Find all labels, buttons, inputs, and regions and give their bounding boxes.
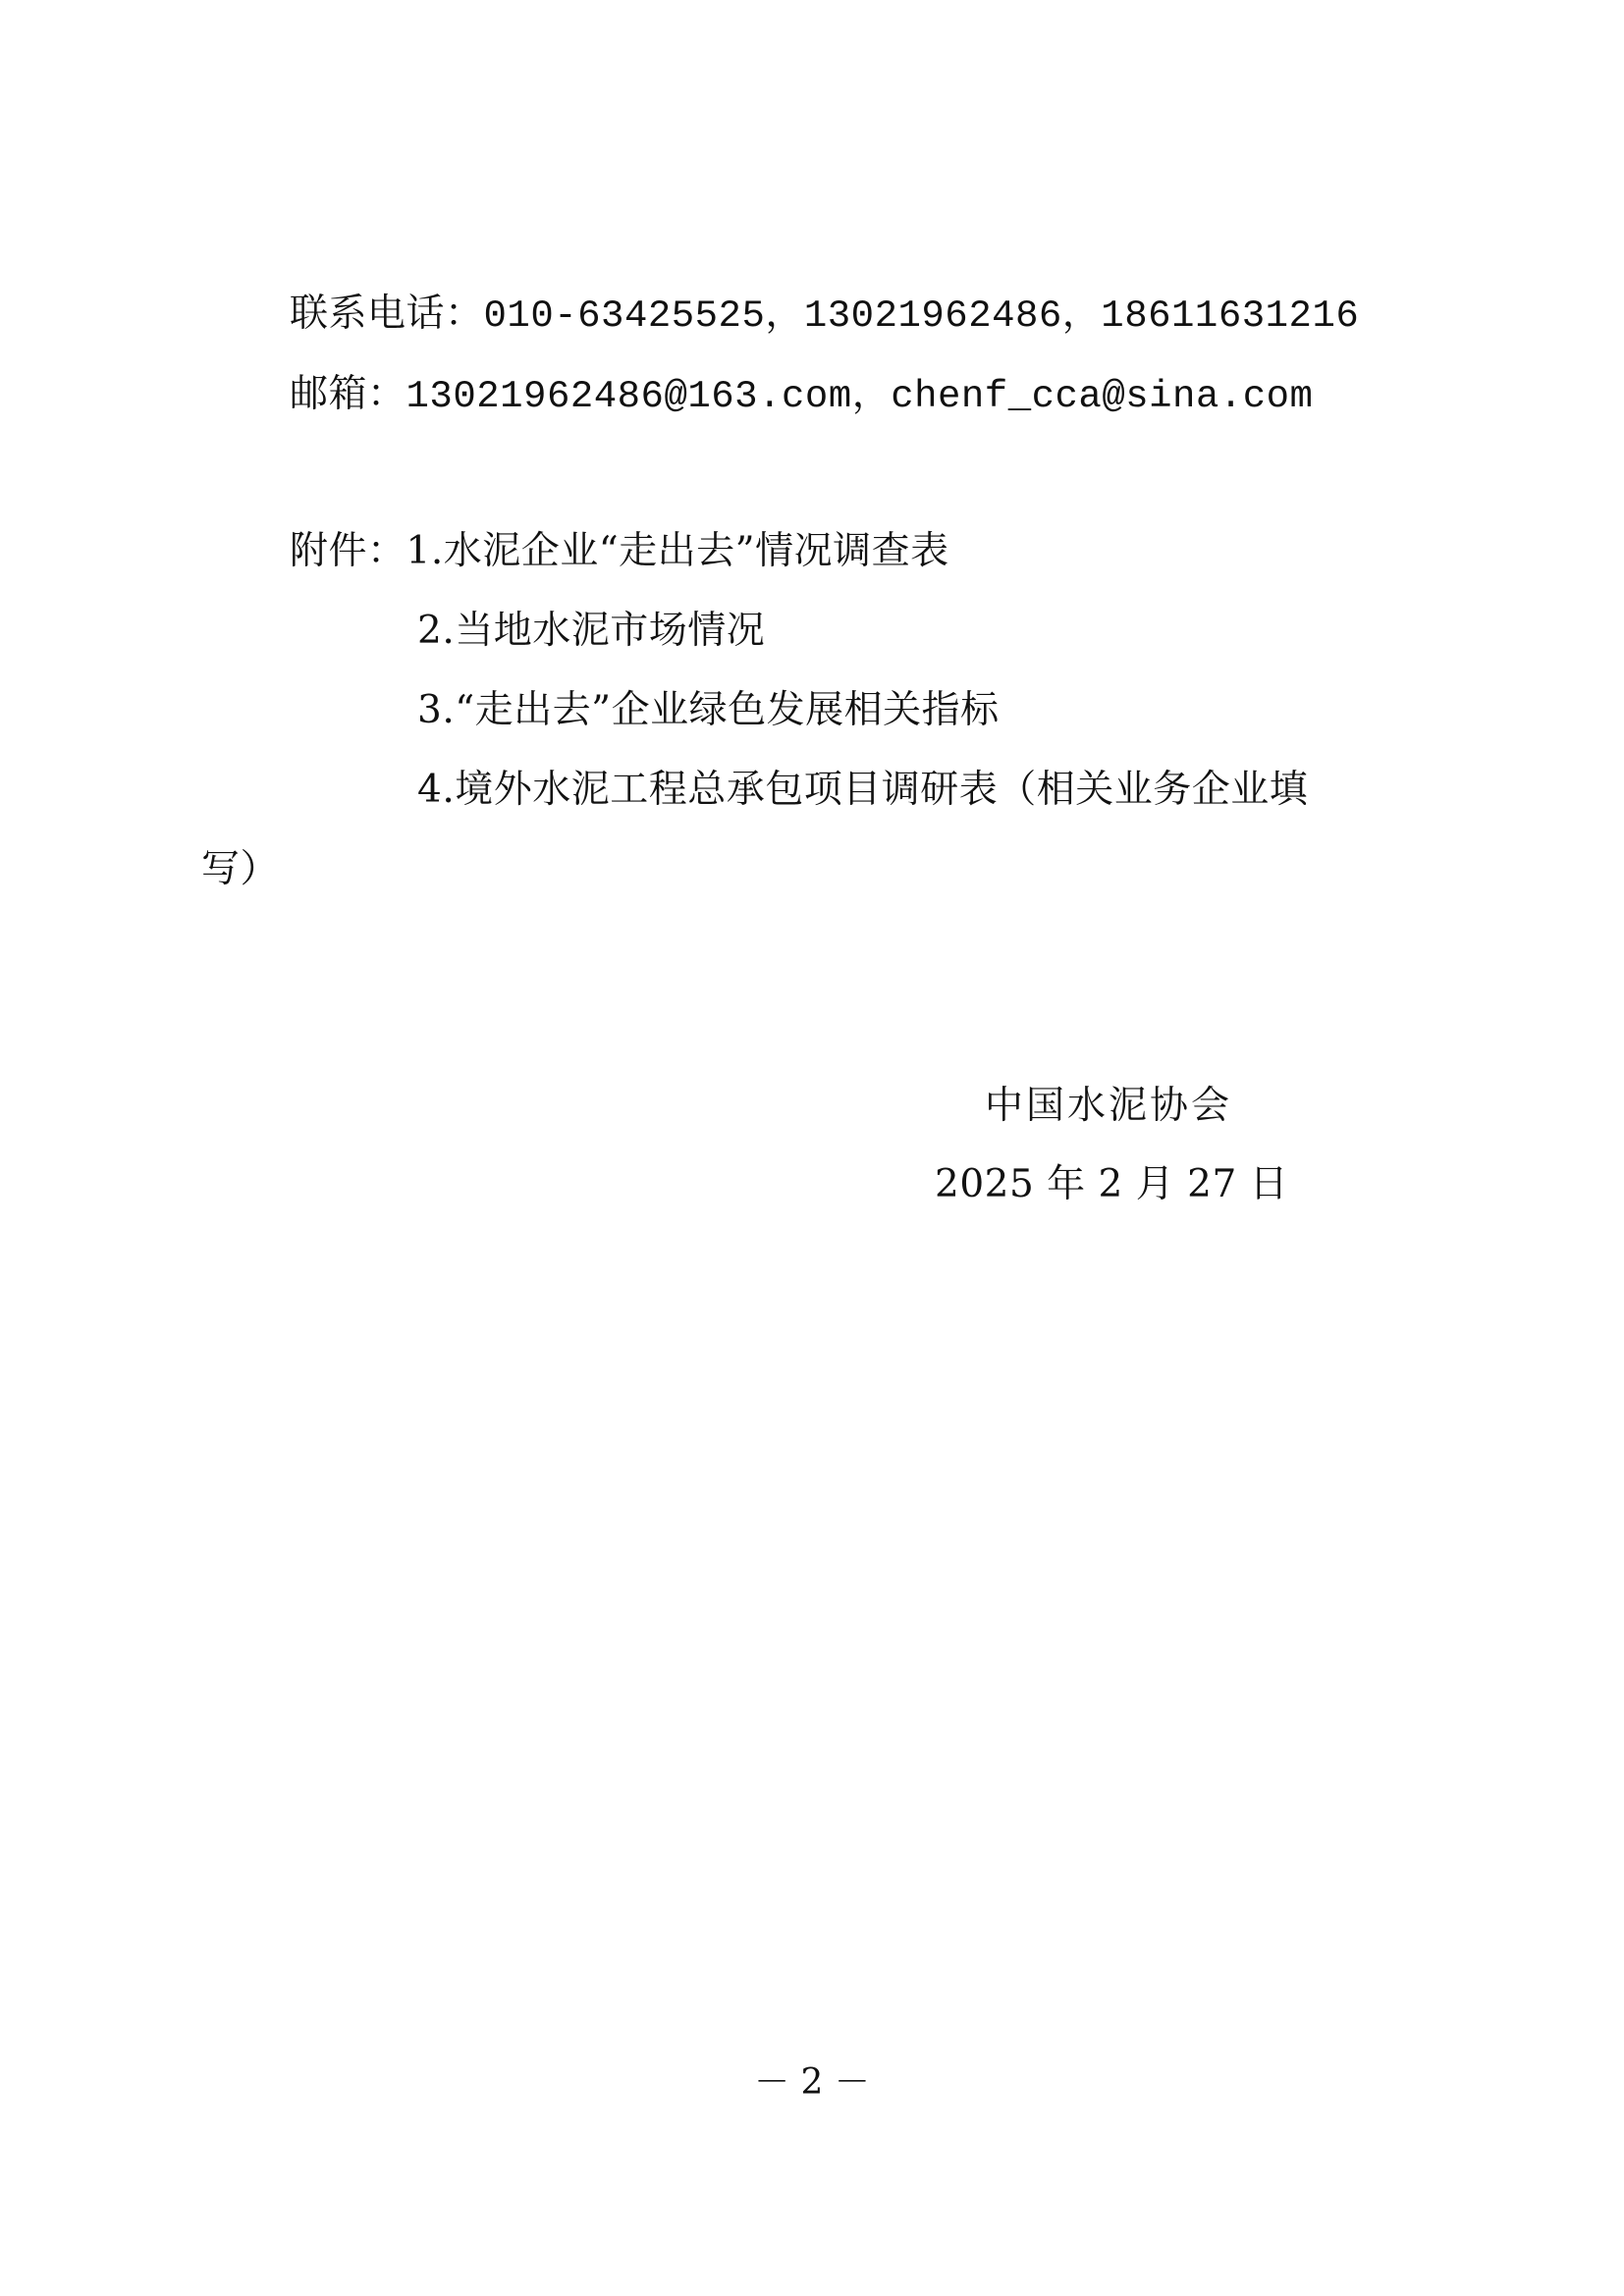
phone-value: 010-63425525，13021962486，18611631216 (484, 294, 1360, 338)
signature-date: 2025 年 2 月 27 日 (935, 1161, 1288, 1208)
email-value: 13021962486@163.com，chenf_cca@sina.com (406, 375, 1314, 418)
attachment-item-4: 4.境外水泥工程总承包项目调研表（相关业务企业填 (417, 767, 1308, 814)
page-number: － 2 － (0, 2063, 1624, 2103)
phone-label: 联系电话： (290, 292, 484, 336)
attachment-line-1: 附件：1.水泥企业“走出去”情况调查表 (290, 528, 949, 575)
attachment-item-1: 1.水泥企业“走出去”情况调查表 (406, 529, 949, 573)
email-label: 邮箱： (290, 372, 406, 416)
attachment-item-2: 2.当地水泥市场情况 (417, 608, 765, 655)
signature-organization: 中国水泥协会 (985, 1083, 1232, 1130)
attachments-label: 附件： (290, 529, 406, 573)
attachment-item-3: 3.“走出去”企业绿色发展相关指标 (417, 687, 1000, 734)
contact-email-line: 邮箱：13021962486@163.com，chenf_cca@sina.co… (290, 371, 1313, 420)
contact-phone-line: 联系电话：010-63425525，13021962486，1861163121… (290, 291, 1359, 340)
attachment-item-4-wrap: 写） (201, 846, 279, 893)
